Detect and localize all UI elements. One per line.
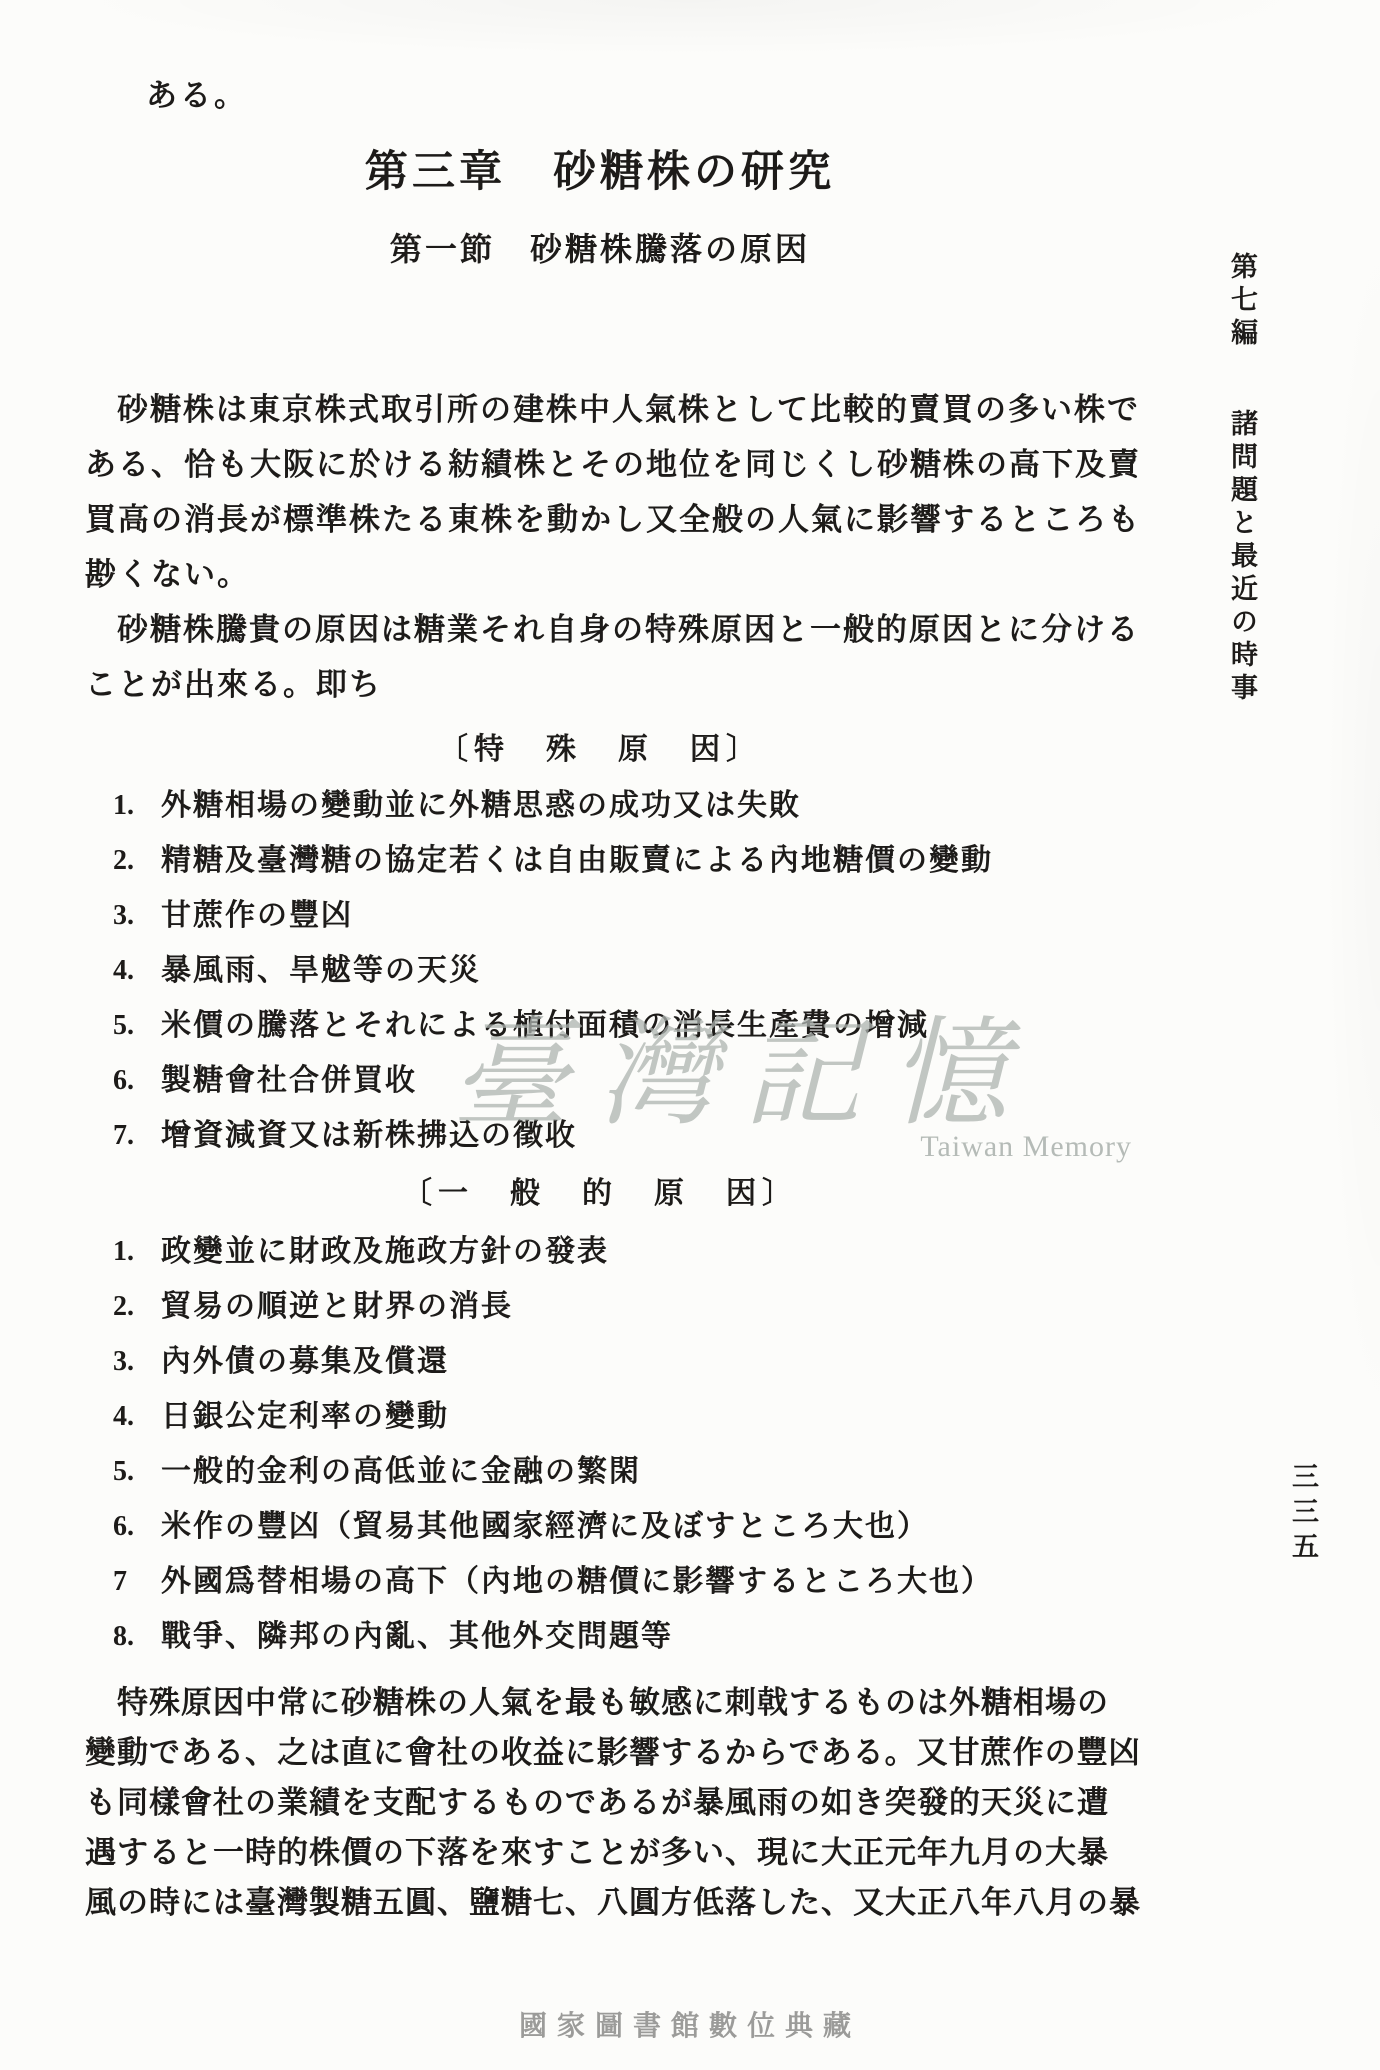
list-item: 4. 日銀公定利率の變動 [85,1389,1120,1444]
list-item: 6. 製糖會社合併買收 [85,1053,1120,1108]
item-number: 2. [113,833,134,888]
item-number: 4. [113,1389,134,1444]
edition-title-label: 諸問題と最近の時事 [1227,409,1257,706]
page-number: 三三五 [1284,1462,1323,1622]
chapter-title: 第三章 砂糖株の研究 [85,138,1115,199]
list-item: 3. 甘蔗作の豐凶 [85,888,1120,943]
edition-margin-label: 第七編諸問題と最近の時事 [1222,252,1262,972]
item-text: 米價の騰落とそれによる植付面積の消長生產費の增減 [161,998,929,1053]
item-number: 3. [113,888,134,943]
item-number: 3. [113,1334,134,1389]
item-text: 甘蔗作の豐凶 [161,888,353,943]
item-number: 8. [113,1609,134,1664]
item-number: 6. [113,1053,134,1108]
item-text: 精糖及臺灣糖の協定若くは自由販賣による內地糖價の變動 [161,833,993,888]
paragraph-intro: 砂糖株は東京株式取引所の建株中人氣株として比較的賣買の多い株で ある、恰も大阪に… [85,382,1120,602]
item-number: 2. [113,1279,134,1334]
item-text: 外國爲替相場の高下（內地の糖價に影響するところ大也） [161,1554,993,1609]
item-number: 1. [113,778,134,833]
list-item: 2. 貿易の順逆と財界の消長 [85,1279,1120,1334]
text-line: 買高の消長が標準株たる東株を動かし又全般の人氣に影響するところも [85,492,1120,547]
general-causes-heading: 〔一 般 的 原 因〕 [85,1168,1115,1212]
list-item: 5. 一般的金利の高低並に金融の繁閑 [85,1444,1120,1499]
paragraph-causes-intro: 砂糖株騰貴の原因は糖業それ自身の特殊原因と一般的原因とに分ける ことが出來る。即… [85,602,1120,712]
text-line: ある、恰も大阪に於ける紡績株とその地位を同じくし砂糖株の高下及賣 [85,437,1120,492]
text-line: ことが出來る。即ち [85,657,1120,712]
edition-part-label: 第七編 [1227,252,1257,351]
list-item: 8. 戰爭、隣邦の內亂、其他外交問題等 [85,1609,1120,1664]
item-text: 內外債の募集及償還 [161,1334,449,1389]
list-item: 3. 內外債の募集及償還 [85,1334,1120,1389]
text-line: 砂糖株騰貴の原因は糖業それ自身の特殊原因と一般的原因とに分ける [85,602,1120,657]
text-line: 遇すると一時的株價の下落を來すことが多い、現に大正元年九月の大暴 [85,1828,1120,1878]
section-title: 第一節 砂糖株騰落の原因 [85,224,1115,270]
item-text: 暴風雨、旱魃等の天災 [161,943,481,998]
list-item: 1. 外糖相場の變動並に外糖思惑の成功又は失敗 [85,778,1120,833]
list-item: 1. 政變並に財政及施政方針の發表 [85,1224,1120,1279]
carryover-text: ある。 [146,70,248,115]
item-text: 日銀公定利率の變動 [161,1389,449,1444]
list-item: 7. 增資減資又は新株拂込の徵收 [85,1108,1120,1163]
item-number: 5. [113,998,134,1053]
special-causes-heading: 〔特 殊 原 因〕 [85,724,1115,768]
text-line: 砂糖株は東京株式取引所の建株中人氣株として比較的賣買の多い株で [85,382,1120,437]
item-number: 1. [113,1224,134,1279]
list-item: 6. 米作の豐凶（貿易其他國家經濟に及ぼすところ大也） [85,1499,1120,1554]
item-text: 一般的金利の高低並に金融の繁閑 [161,1444,641,1499]
item-number: 7 [113,1554,127,1609]
item-number: 6. [113,1499,134,1554]
item-number: 4. [113,943,134,998]
item-text: 米作の豐凶（貿易其他國家經濟に及ぼすところ大也） [161,1499,929,1554]
special-causes-list: 1. 外糖相場の變動並に外糖思惑の成功又は失敗 2. 精糖及臺灣糖の協定若くは自… [85,778,1120,1163]
item-text: 製糖會社合併買收 [161,1053,417,1108]
list-item: 2. 精糖及臺灣糖の協定若くは自由販賣による內地糖價の變動 [85,833,1120,888]
scanned-book-page: ある。 第三章 砂糖株の研究 第一節 砂糖株騰落の原因 砂糖株は東京株式取引所の… [0,0,1380,2070]
item-number: 5. [113,1444,134,1499]
text-line: 變動である、之は直に會社の收益に影響するからである。又甘蔗作の豐凶 [85,1728,1120,1778]
item-text: 戰爭、隣邦の內亂、其他外交問題等 [161,1609,673,1664]
list-item: 5. 米價の騰落とそれによる植付面積の消長生產費の增減 [85,998,1120,1053]
paragraph-discussion: 特殊原因中常に砂糖株の人氣を最も敏感に刺戟するものは外糖相場の 變動である、之は… [85,1678,1120,1928]
item-text: 貿易の順逆と財界の消長 [161,1279,513,1334]
text-line: 風の時には臺灣製糖五圓、鹽糖七、八圓方低落した、又大正八年八月の暴 [85,1878,1120,1928]
text-line: 特殊原因中常に砂糖株の人氣を最も敏感に刺戟するものは外糖相場の [85,1678,1120,1728]
library-footer: 國家圖書館數位典藏 [0,2004,1380,2044]
item-text: 政變並に財政及施政方針の發表 [161,1224,609,1279]
item-number: 7. [113,1108,134,1163]
item-text: 增資減資又は新株拂込の徵收 [161,1108,577,1163]
list-item: 7 外國爲替相場の高下（內地の糖價に影響するところ大也） [85,1554,1120,1609]
item-text: 外糖相場の變動並に外糖思惑の成功又は失敗 [161,778,801,833]
text-line: も同樣會社の業績を支配するものであるが暴風雨の如き突發的天災に遭 [85,1778,1120,1828]
list-item: 4. 暴風雨、旱魃等の天災 [85,943,1120,998]
text-line: 尠くない。 [85,547,1120,602]
general-causes-list: 1. 政變並に財政及施政方針の發表 2. 貿易の順逆と財界の消長 3. 內外債の… [85,1224,1120,1664]
